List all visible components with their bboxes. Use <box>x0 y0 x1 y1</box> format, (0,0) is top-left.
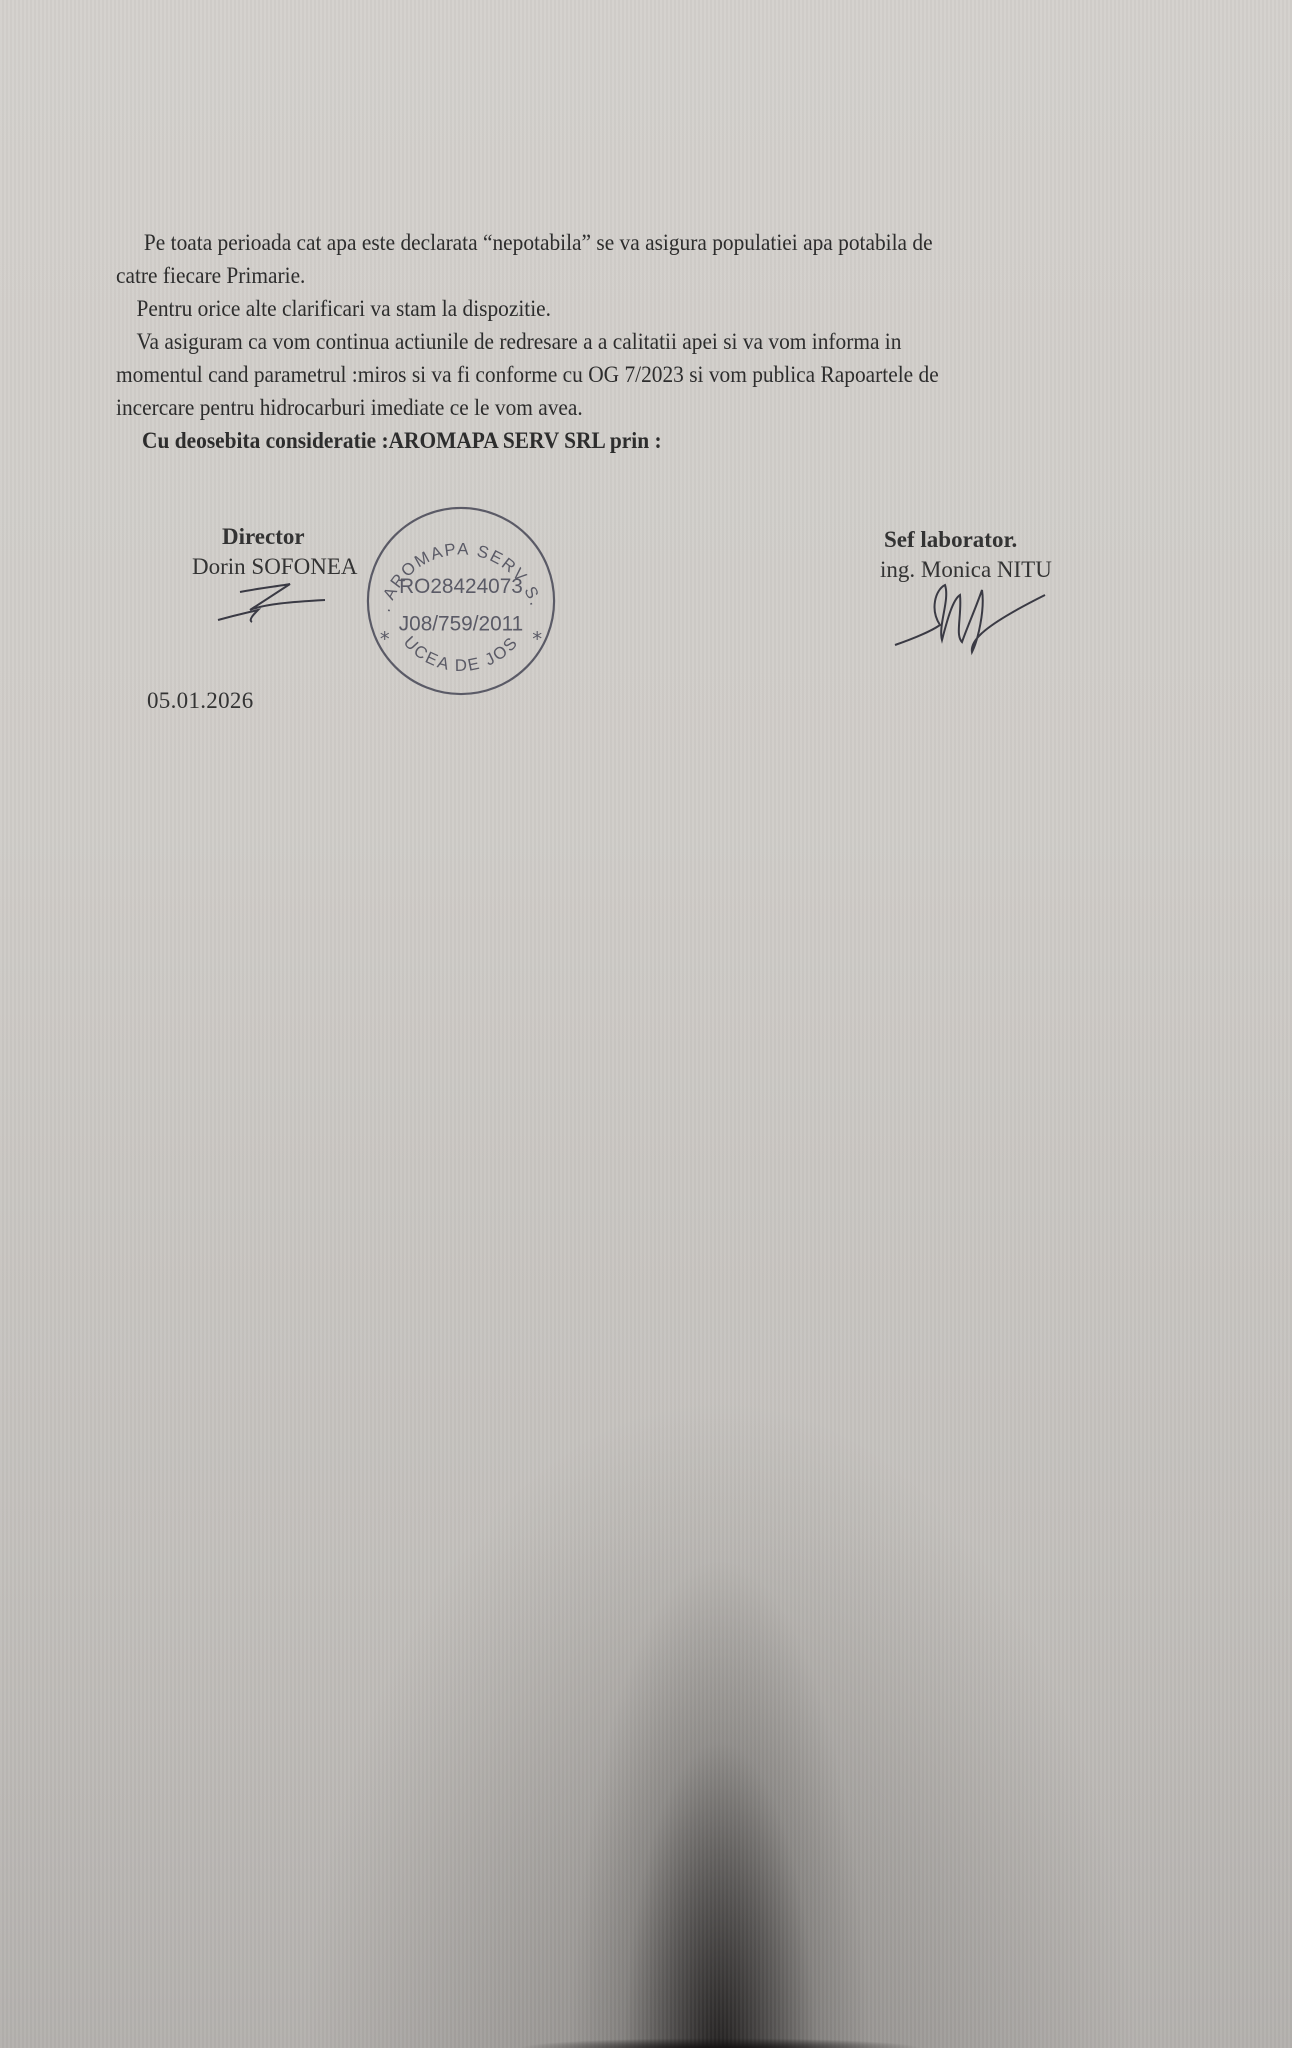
stamp-fiscal-code: RO28424073 <box>399 575 523 598</box>
director-name: Dorin SOFONEA <box>192 552 357 582</box>
paragraph-line: incercare pentru hidrocarburi imediate c… <box>116 391 1102 424</box>
company-stamp-icon: S.C. AROMAPA SERV S.R.L. UCEA DE JOS RO2… <box>362 502 560 700</box>
paragraph-line: momentul cand parametrul :miros si va fi… <box>116 358 1102 391</box>
stamp-registration-number: J08/759/2011 <box>399 613 523 636</box>
paragraph-line: catre fiecare Primarie. <box>116 259 1102 292</box>
svg-text:UCEA DE JOS: UCEA DE JOS <box>400 632 522 675</box>
closing-line: Cu deosebita consideratie :AROMAPA SERV … <box>116 424 1102 457</box>
letter-body: Pe toata perioada cat apa este declarata… <box>116 226 1102 457</box>
director-signature-icon <box>210 580 330 625</box>
document-date: 05.01.2026 <box>147 688 254 714</box>
page-edge-shadow <box>0 2038 1292 2048</box>
stamp-star-left: * <box>380 628 390 651</box>
stamp-bottom-text: UCEA DE JOS <box>400 632 522 675</box>
director-signature-block: Director Dorin SOFONEA <box>192 522 357 582</box>
lab-chief-signature-icon <box>890 570 1050 655</box>
paragraph-line: Va asiguram ca vom continua actiunile de… <box>116 325 1102 358</box>
lab-chief-title: Sef laborator. <box>880 525 1052 555</box>
paragraph-line: Pentru orice alte clarificari va stam la… <box>116 292 1102 325</box>
stamp-star-right: * <box>532 628 542 651</box>
paragraph-line: Pe toata perioada cat apa este declarata… <box>116 226 1102 259</box>
director-title: Director <box>192 522 357 552</box>
